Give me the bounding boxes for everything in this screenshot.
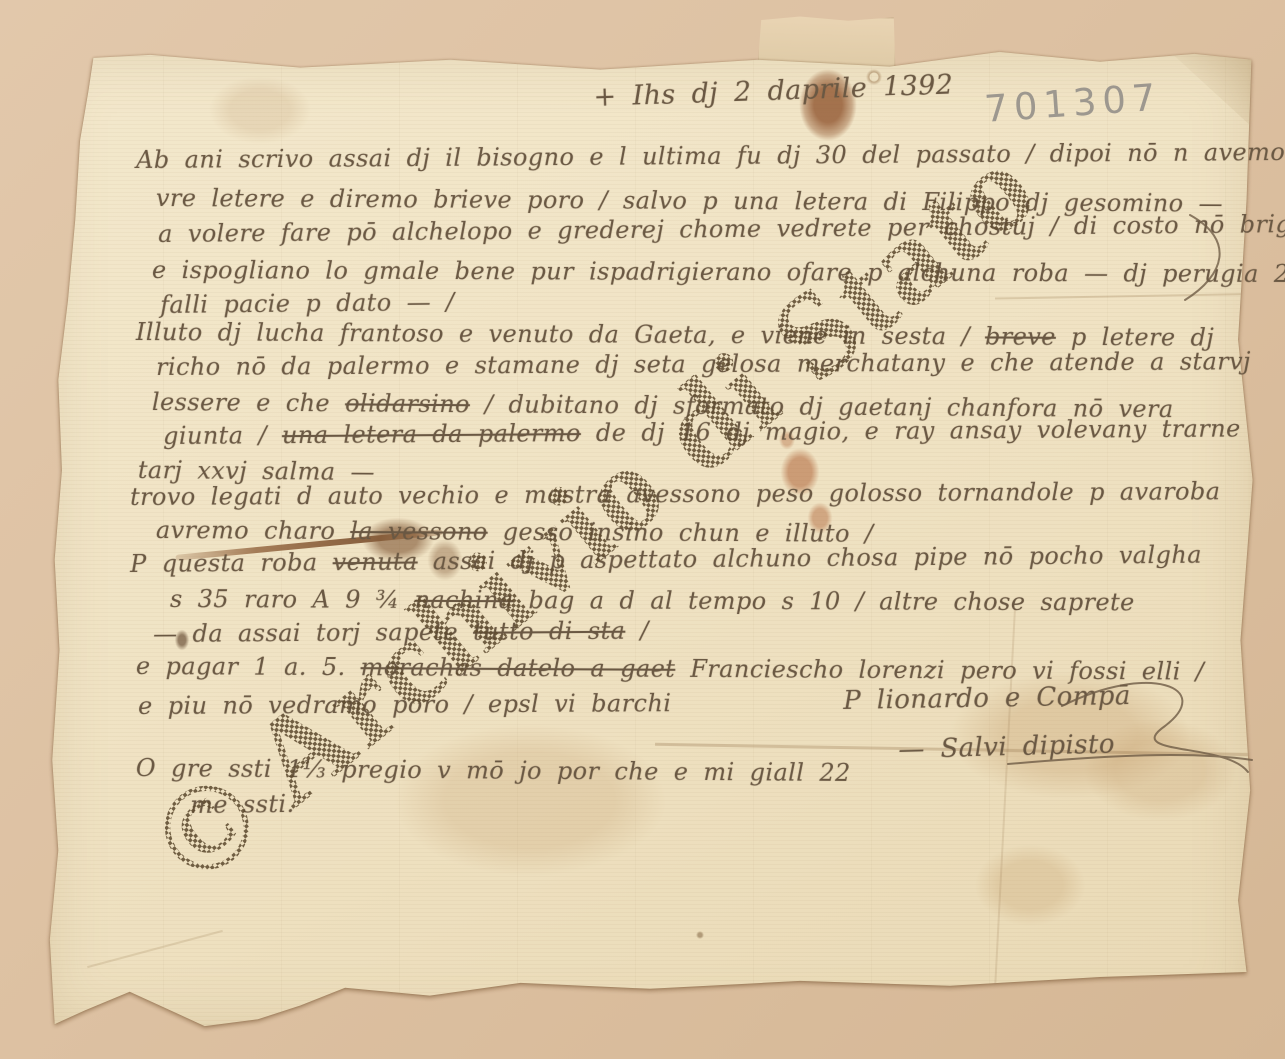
handwritten-text: 701307 — [983, 76, 1163, 131]
text-line: a volere fare pō alchelopo e grederej ch… — [158, 210, 1285, 248]
handwritten-text: e ispogliano lo gmale bene pur ispadrigi… — [152, 256, 1285, 288]
text-line: Ab ani scrivo assai dj il bisogno e l ul… — [136, 138, 1285, 174]
handwritten-text: + Ihs dj 2 daprile 1392 — [593, 69, 954, 113]
signature-line: — Salvi dipisto — [898, 729, 1115, 765]
scan-background: + Ihs dj 2 daprile 1392701307Ab ani scri… — [0, 0, 1285, 1059]
date-line: + Ihs dj 2 daprile 1392 — [593, 69, 954, 113]
signature-line: P lionardo e Compā — [843, 681, 1131, 716]
struck-text: una letera da palermo — [282, 419, 581, 449]
text-line: falli pacie p dato — / — [160, 288, 455, 319]
handwritten-text: P lionardo e Compā — [843, 681, 1131, 716]
text-line: P questa roba venuta assai dj p aspettat… — [130, 541, 1202, 578]
handwritten-text: Ab ani scrivo assai dj il bisogno e l ul… — [136, 138, 1285, 174]
handwritten-text: falli pacie p dato — / — [160, 288, 455, 319]
text-line: e ispogliano lo gmale bene pur ispadrigi… — [152, 256, 1285, 288]
handwritten-text: — Salvi dipisto — [898, 729, 1115, 765]
handwritten-text: / — [625, 617, 649, 645]
struck-text: olidarsino — [345, 389, 470, 418]
archival-number: 701307 — [983, 76, 1163, 131]
handwritten-text: a volere fare pō alchelopo e grederej ch… — [158, 210, 1285, 248]
handwritten-text: P questa roba — [130, 548, 333, 578]
handwritten-text: avremo charo — [156, 516, 350, 545]
struck-text: breve — [985, 322, 1056, 350]
text-line: s 35 raro A 9 ¾ nachina bag a d al tempo… — [170, 585, 1135, 616]
text-line: Illuto dj lucha frantoso e venuto da Gae… — [136, 318, 1214, 352]
handwritten-text: giunta / — [163, 421, 282, 450]
struck-text: venuta — [333, 547, 418, 576]
handwritten-text: lessere e che — [152, 388, 345, 417]
